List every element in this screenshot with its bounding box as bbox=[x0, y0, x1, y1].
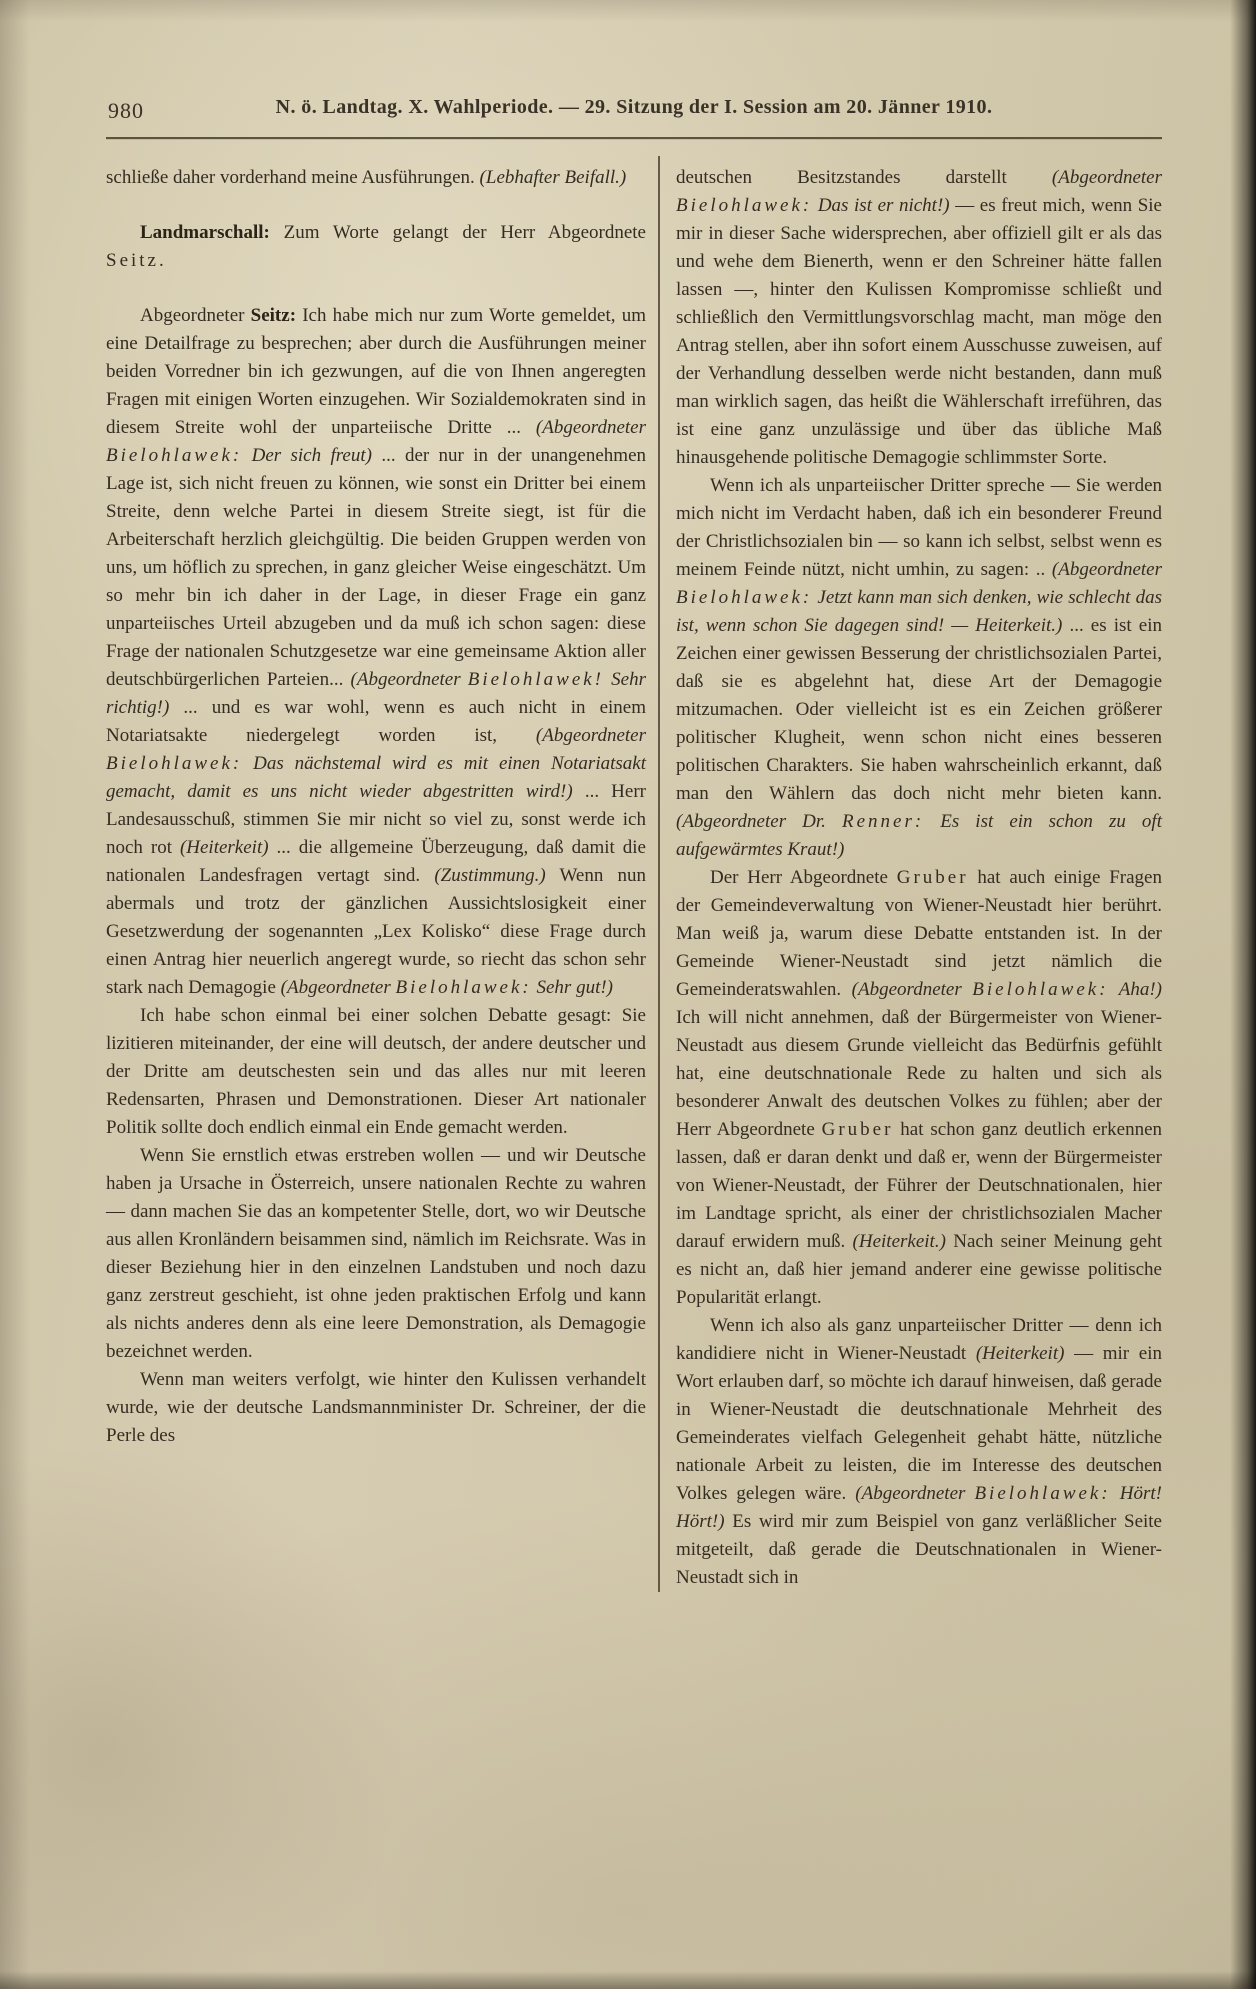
text-segment: (Zustimmung.) bbox=[434, 865, 545, 886]
paragraph: schließe daher vorderhand meine Ausführu… bbox=[106, 164, 646, 192]
text-segment: Gruber bbox=[822, 1119, 894, 1140]
text-segment: (Heiterkeit) bbox=[180, 837, 269, 858]
text-segment: — mir ein Wort erlauben darf, so möchte … bbox=[676, 1343, 1162, 1504]
page-surface: 980 N. ö. Landtag. X. Wahlperiode. — 29.… bbox=[0, 0, 1256, 1989]
text-segment: schließe daher vorderhand meine Ausführu… bbox=[106, 167, 480, 188]
text-segment: (Lebhafter Beifall.) bbox=[480, 167, 627, 188]
text-segment: (Abgeordneter bbox=[1052, 167, 1162, 188]
text-segment: (Abgeordneter bbox=[536, 417, 646, 438]
paragraph: deutschen Besitzstandes darstellt (Abgeo… bbox=[676, 164, 1162, 472]
text-segment: Bielohlawek: bbox=[972, 979, 1108, 1000]
text-segment: Bielohlawek: bbox=[396, 977, 532, 998]
left-column: schließe daher vorderhand meine Ausführu… bbox=[106, 164, 646, 1592]
text-segment: Wenn man weiters verfolgt, wie hinter de… bbox=[106, 1369, 646, 1446]
paragraph: Landmarschall: Zum Worte gelangt der Her… bbox=[106, 219, 646, 275]
paragraph: Wenn ich als unparteiischer Dritter spre… bbox=[676, 472, 1162, 864]
text-segment: ... es ist ein Zeichen einer gewissen Be… bbox=[676, 615, 1162, 804]
text-segment: ... der nur in der unangenehmen Lage ist… bbox=[106, 445, 646, 690]
paragraph: Der Herr Abgeordnete Gruber hat auch ein… bbox=[676, 864, 1162, 1312]
text-segment: Landmarschall: bbox=[140, 222, 270, 243]
text-segment: Bielohlawek: bbox=[106, 753, 242, 774]
text-segment: Aha!) bbox=[1109, 979, 1162, 1000]
text-segment: Seitz: bbox=[251, 305, 296, 326]
text-segment: (Abgeordneter bbox=[1052, 559, 1162, 580]
text-segment: Das ist er nicht!) bbox=[812, 195, 949, 216]
text-segment: Bielohlawek: bbox=[676, 587, 812, 608]
text-segment: (Abgeordneter bbox=[281, 977, 396, 998]
page-number: 980 bbox=[108, 98, 144, 124]
page-content: 980 N. ö. Landtag. X. Wahlperiode. — 29.… bbox=[0, 0, 1256, 1592]
text-segment: Sehr gut!) bbox=[532, 977, 613, 998]
column-divider bbox=[658, 156, 660, 1592]
text-segment: Zum Worte gelangt der Herr Abgeordnete bbox=[270, 222, 646, 243]
text-segment: (Heiterkeit.) bbox=[853, 1231, 946, 1252]
page-header: 980 N. ö. Landtag. X. Wahlperiode. — 29.… bbox=[106, 96, 1162, 128]
text-segment: (Abgeordneter Dr. bbox=[676, 811, 842, 832]
text-segment: (Heiterkeit) bbox=[976, 1343, 1065, 1364]
text-segment: Der Herr Abgeordnete bbox=[710, 867, 897, 888]
text-segment: deutschen Besitzstandes darstellt bbox=[676, 167, 1052, 188]
text-columns: schließe daher vorderhand meine Ausführu… bbox=[106, 164, 1162, 1592]
header-title: N. ö. Landtag. X. Wahlperiode. — 29. Sit… bbox=[106, 96, 1162, 119]
text-segment: Wenn Sie ernstlich etwas erstreben wolle… bbox=[106, 1145, 646, 1362]
paragraph: Abgeordneter Seitz: Ich habe mich nur zu… bbox=[106, 302, 646, 1002]
paragraph: Wenn Sie ernstlich etwas erstreben wolle… bbox=[106, 1142, 646, 1366]
paragraph: Ich habe schon einmal bei einer solchen … bbox=[106, 1002, 646, 1142]
text-segment: Renner: bbox=[842, 811, 924, 832]
text-segment: Bielohlawek: bbox=[106, 445, 242, 466]
header-rule bbox=[106, 137, 1162, 139]
text-segment: Bielohlawek: bbox=[974, 1483, 1110, 1504]
text-segment: (Abgeordneter bbox=[351, 669, 468, 690]
text-segment: Abgeordneter bbox=[140, 305, 251, 326]
text-segment: Der sich freut) bbox=[242, 445, 372, 466]
text-segment: (Abgeordneter bbox=[852, 979, 973, 1000]
text-segment: Seitz. bbox=[106, 250, 167, 271]
scanned-page: 980 N. ö. Landtag. X. Wahlperiode. — 29.… bbox=[0, 0, 1256, 1989]
text-segment: Gruber bbox=[897, 867, 969, 888]
text-segment: — es freut mich, wenn Sie mir in dieser … bbox=[676, 195, 1162, 468]
text-segment: Bielohlawek: bbox=[676, 195, 812, 216]
text-segment: Bielohlawek! bbox=[468, 669, 604, 690]
paragraph: Wenn ich also als ganz unparteiischer Dr… bbox=[676, 1312, 1162, 1592]
text-segment: Ich habe schon einmal bei einer solchen … bbox=[106, 1005, 646, 1138]
paragraph: Wenn man weiters verfolgt, wie hinter de… bbox=[106, 1366, 646, 1450]
text-segment: Es wird mir zum Beispiel von ganz verläß… bbox=[676, 1511, 1162, 1588]
text-segment: (Abgeordneter bbox=[536, 725, 646, 746]
text-segment: (Abgeordneter bbox=[855, 1483, 974, 1504]
right-column: deutschen Besitzstandes darstellt (Abgeo… bbox=[676, 164, 1162, 1592]
